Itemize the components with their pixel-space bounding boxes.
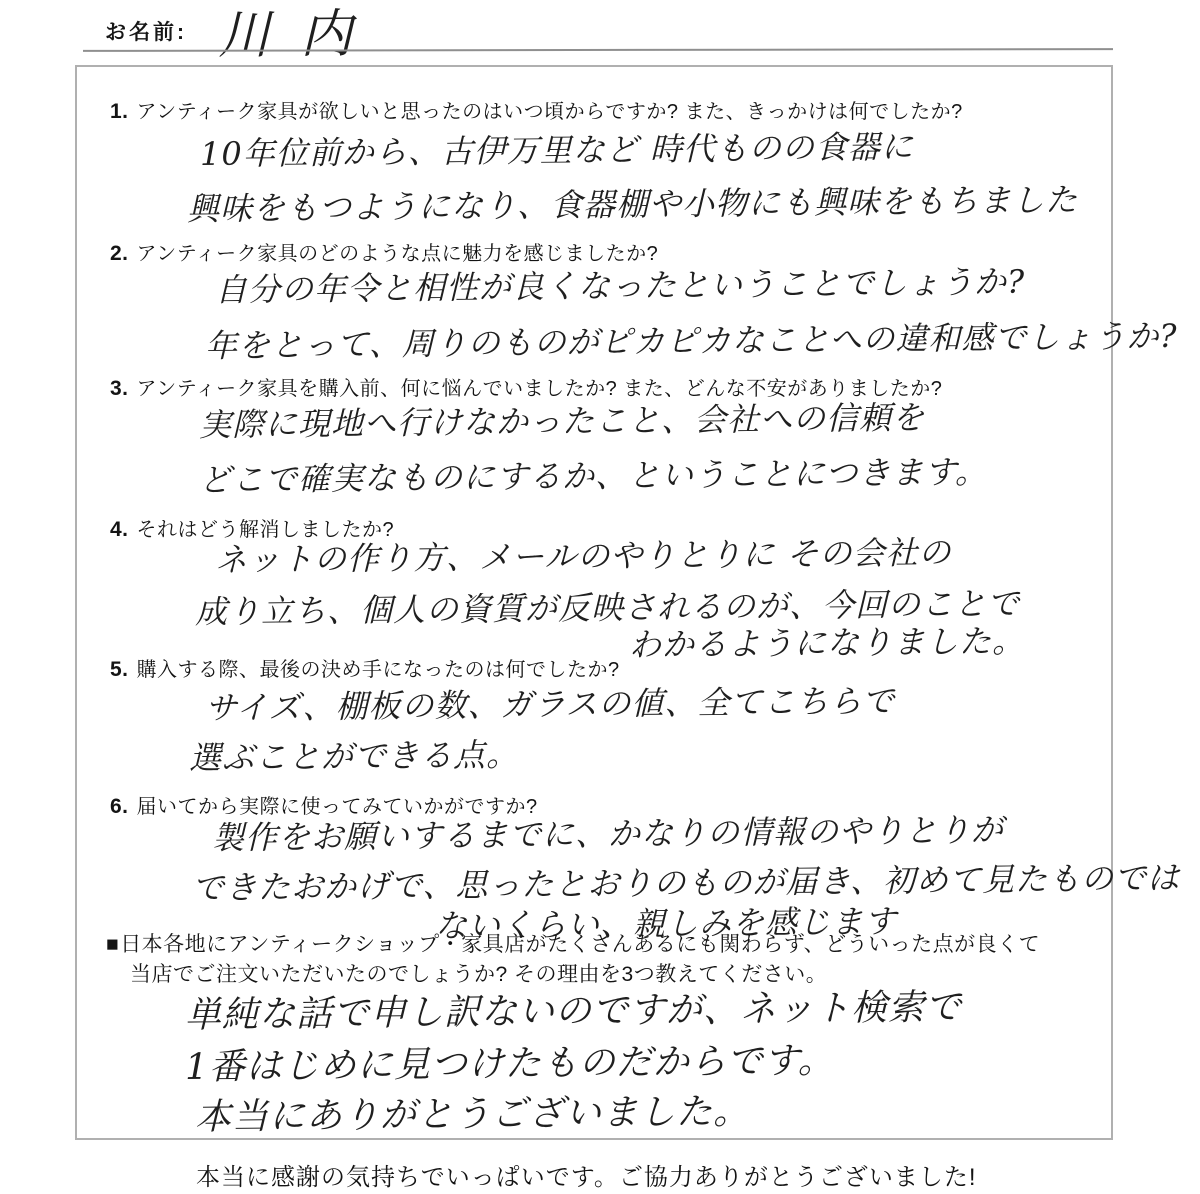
question-5-answer-line-1: サイズ、棚板の数、ガラスの値、全てこちらで — [205, 676, 896, 729]
question-5-text: 購入する際、最後の決め手になったのは何でしたか? — [137, 659, 620, 681]
question-5-answer-line-2: 選ぶことができる点。 — [189, 730, 519, 779]
final-answer-line-1: 単純な話で申し訳ないのですが、ネット検索で — [185, 979, 963, 1038]
name-underline — [83, 48, 1113, 52]
scanned-survey-page: お名前: 川内 1.アンティーク家具が欲しいと思ったのはいつ頃からですか? また… — [0, 0, 1200, 1194]
question-5-number: 5. — [110, 658, 129, 681]
customer-name-handwritten: 川内 — [218, 0, 383, 68]
final-question-text-1: 日本各地にアンティークショップ・家具店がたくさんあるにも関わらず、どういった点が… — [120, 933, 1040, 956]
square-bullet: ■ — [106, 933, 119, 956]
final-answer-line-3: 本当にありがとうございました。 — [195, 1083, 751, 1140]
question-4-answer-line-3: わかるようになりました。 — [629, 616, 1025, 666]
question-6-number: 6. — [110, 795, 129, 818]
question-2-number: 2. — [110, 242, 129, 265]
question-1-answer-line-1: 10年位前から、古伊万里など 時代ものの食器に — [200, 122, 914, 175]
question-1: 1.アンティーク家具が欲しいと思ったのはいつ頃からですか? また、きっかけは何で… — [110, 95, 963, 124]
question-1-number: 1. — [110, 100, 129, 123]
question-4-number: 4. — [110, 518, 129, 541]
question-5: 5.購入する際、最後の決め手になったのは何でしたか? — [110, 653, 620, 682]
footer-thanks: 本当に感謝の気持ちでいっぱいです。ご協力ありがとうございました! — [196, 1157, 977, 1192]
question-4-answer-line-1: ネットの作り方、メールのやりとりに その会社の — [215, 527, 952, 581]
question-3-number: 3. — [110, 377, 129, 400]
name-label: お名前: — [105, 16, 187, 46]
question-6-answer-line-1: 製作をお願いするまでに、かなりの情報のやりとりが — [212, 805, 1004, 859]
question-3-answer-line-1: 実際に現地へ行けなかったこと、会社への信頼を — [199, 392, 925, 446]
question-2-answer-line-2: 年をとって、周りのものがピカピカなことへの違和感でしょうか? — [205, 311, 1178, 367]
final-question-line-1: ■日本各地にアンティークショップ・家具店がたくさんあるにも関わらず、どういった点… — [106, 928, 1040, 958]
question-2-answer-line-1: 自分の年令と相性が良くなったということでしょうか? — [215, 257, 1026, 311]
question-1-text: アンティーク家具が欲しいと思ったのはいつ頃からですか? また、きっかけは何でした… — [137, 101, 963, 123]
final-answer-line-2: 1番はじめに見つけたものだからです。 — [185, 1032, 835, 1090]
question-3-answer-line-2: どこで確実なものにするか、ということにつきます。 — [199, 447, 988, 501]
question-1-answer-line-2: 興味をもつようになり、食器棚や小物にも興味をもちました — [187, 175, 1078, 230]
survey-box: 1.アンティーク家具が欲しいと思ったのはいつ頃からですか? また、きっかけは何で… — [75, 65, 1113, 1140]
